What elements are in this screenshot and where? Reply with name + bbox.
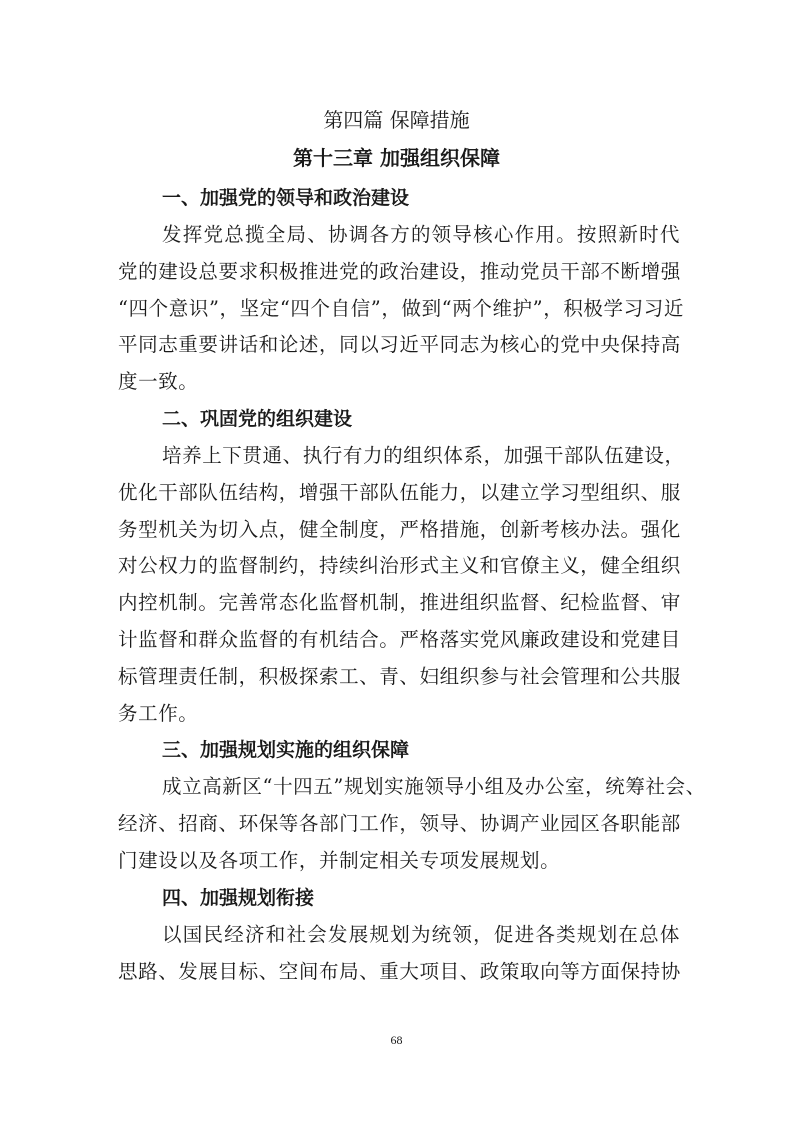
paragraph-line: 经济、招商、环保等各部门工作，领导、协调产业园区各职能部: [118, 806, 680, 843]
section-heading-2: 二、巩固党的组织建设: [118, 401, 680, 438]
paragraph-line: “四个意识”，坚定“四个自信”，做到“两个维护”，积极学习习近: [118, 291, 680, 328]
document-body: 一、加强党的领导和政治建设 发挥党总揽全局、协调各方的领导核心作用。按照新时代 …: [118, 180, 680, 990]
paragraph-line: 平同志重要讲话和论述，同以习近平同志为核心的党中央保持高: [118, 327, 680, 364]
page-number: 68: [0, 1032, 793, 1048]
paragraph-line: 内控机制。完善常态化监督机制，推进组织监督、纪检监督、审: [118, 585, 680, 622]
part-title: 第四篇 保障措施: [0, 106, 793, 134]
paragraph-line: 务型机关为切入点，健全制度，严格措施，创新考核办法。强化: [118, 512, 680, 549]
section-heading-4: 四、加强规划衔接: [118, 880, 680, 917]
paragraph-line: 成立高新区“十四五”规划实施领导小组及办公室，统筹社会、: [118, 769, 680, 806]
section-heading-1: 一、加强党的领导和政治建设: [118, 180, 680, 217]
paragraph-line: 优化干部队伍结构，增强干部队伍能力，以建立学习型组织、服: [118, 475, 680, 512]
chapter-title: 第十三章 加强组织保障: [0, 144, 793, 172]
section-heading-3: 三、加强规划实施的组织保障: [118, 732, 680, 769]
paragraph-line: 对公权力的监督制约，持续纠治形式主义和官僚主义，健全组织: [118, 548, 680, 585]
paragraph-line: 以国民经济和社会发展规划为统领，促进各类规划在总体: [118, 917, 680, 954]
paragraph-line: 发挥党总揽全局、协调各方的领导核心作用。按照新时代: [118, 217, 680, 254]
paragraph-line: 标管理责任制，积极探索工、青、妇组织参与社会管理和公共服: [118, 659, 680, 696]
section-paragraph-4: 以国民经济和社会发展规划为统领，促进各类规划在总体 思路、发展目标、空间布局、重…: [118, 917, 680, 991]
paragraph-line: 门建设以及各项工作，并制定相关专项发展规划。: [118, 843, 680, 880]
section-paragraph-3: 成立高新区“十四五”规划实施领导小组及办公室，统筹社会、 经济、招商、环保等各部…: [118, 769, 680, 879]
paragraph-line: 党的建设总要求积极推进党的政治建设，推动党员干部不断增强: [118, 254, 680, 291]
document-page: 第四篇 保障措施 第十三章 加强组织保障 一、加强党的领导和政治建设 发挥党总揽…: [0, 0, 793, 1122]
paragraph-line: 培养上下贯通、执行有力的组织体系，加强干部队伍建设，: [118, 438, 680, 475]
section-paragraph-2: 培养上下贯通、执行有力的组织体系，加强干部队伍建设， 优化干部队伍结构，增强干部…: [118, 438, 680, 732]
paragraph-line: 务工作。: [118, 696, 680, 733]
section-paragraph-1: 发挥党总揽全局、协调各方的领导核心作用。按照新时代 党的建设总要求积极推进党的政…: [118, 217, 680, 401]
paragraph-line: 度一致。: [118, 364, 680, 401]
paragraph-line: 计监督和群众监督的有机结合。严格落实党风廉政建设和党建目: [118, 622, 680, 659]
paragraph-line: 思路、发展目标、空间布局、重大项目、政策取向等方面保持协: [118, 954, 680, 991]
